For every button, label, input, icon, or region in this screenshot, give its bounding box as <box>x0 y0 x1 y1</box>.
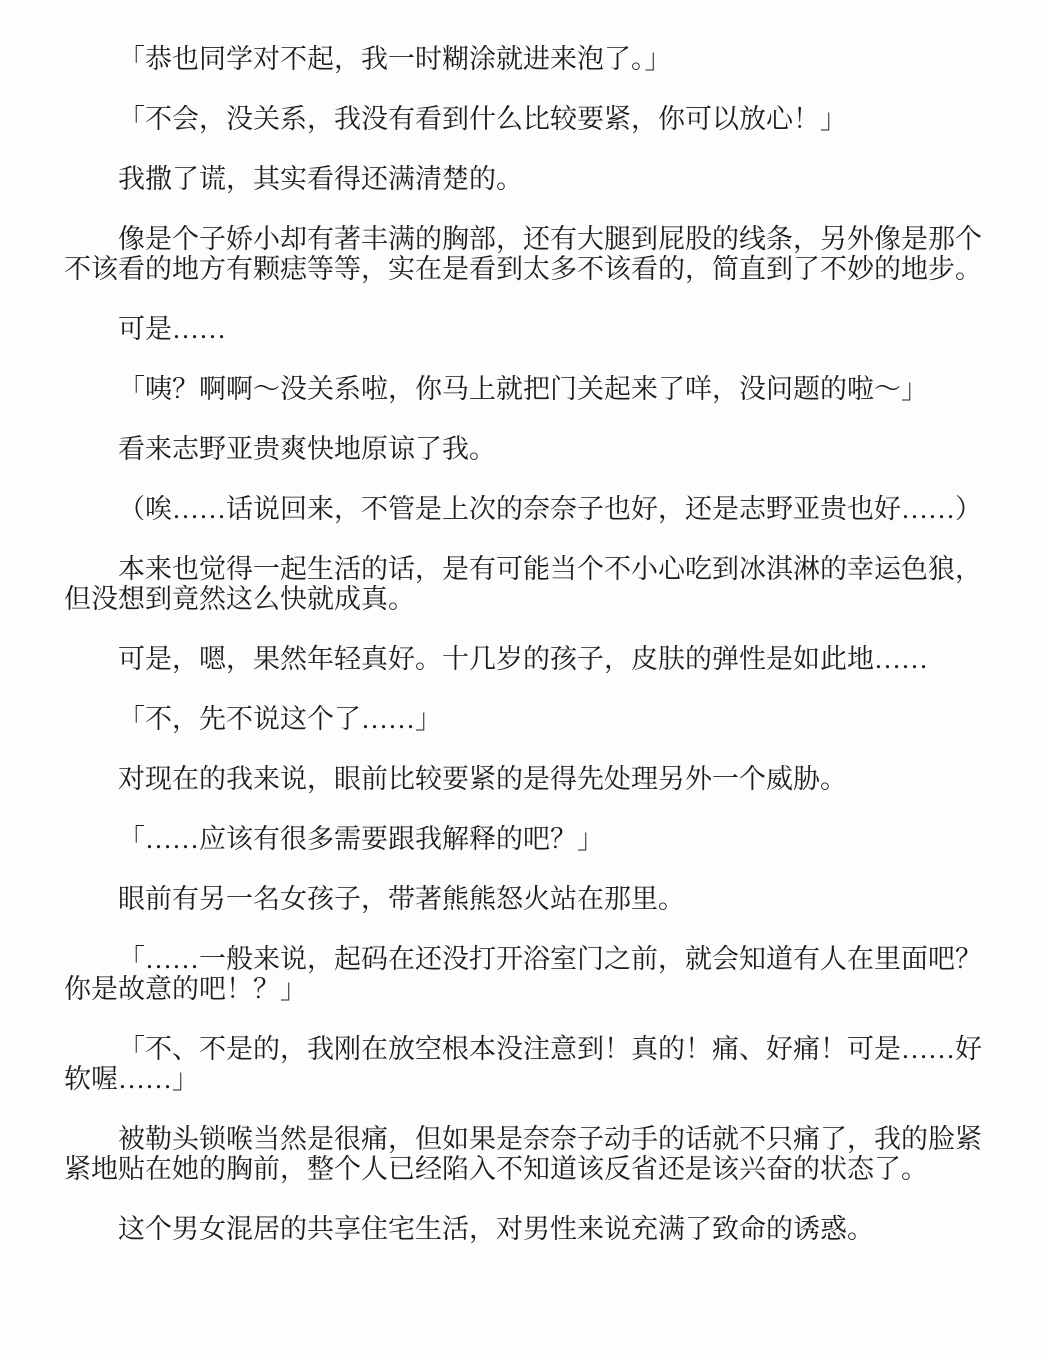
paragraph-dialogue: 「……应该有很多需要跟我解释的吧？」 <box>64 824 986 854</box>
novel-page: 「恭也同学对不起，我一时糊涂就进来泡了。」 「不会，没关系，我没有看到什么比较要… <box>0 0 1046 1354</box>
paragraph-dialogue: 「不，先不说这个了……」 <box>64 704 986 734</box>
paragraph-dialogue: 「咦？啊啊～没关系啦，你马上就把门关起来了咩，没问题的啦～」 <box>64 374 986 404</box>
text-column: 「恭也同学对不起，我一时糊涂就进来泡了。」 「不会，没关系，我没有看到什么比较要… <box>64 44 986 1244</box>
paragraph-narration: 被勒头锁喉当然是很痛，但如果是奈奈子动手的话就不只痛了，我的脸紧紧地贴在她的胸前… <box>64 1124 986 1184</box>
paragraph-dialogue: 「恭也同学对不起，我一时糊涂就进来泡了。」 <box>64 44 986 74</box>
paragraph-dialogue: 「不、不是的，我刚在放空根本没注意到！真的！痛、好痛！可是……好软喔……」 <box>64 1034 986 1094</box>
paragraph-narration: 这个男女混居的共享住宅生活，对男性来说充满了致命的诱惑。 <box>64 1214 986 1244</box>
paragraph-narration: 我撒了谎，其实看得还满清楚的。 <box>64 164 986 194</box>
paragraph-narration: 可是…… <box>64 314 986 344</box>
paragraph-narration: 可是，嗯，果然年轻真好。十几岁的孩子，皮肤的弹性是如此地…… <box>64 644 986 674</box>
paragraph-narration: 看来志野亚贵爽快地原谅了我。 <box>64 434 986 464</box>
paragraph-narration: 像是个子娇小却有著丰满的胸部，还有大腿到屁股的线条，另外像是那个不该看的地方有颗… <box>64 224 986 284</box>
paragraph-narration: 本来也觉得一起生活的话，是有可能当个不小心吃到冰淇淋的幸运色狼，但没想到竟然这么… <box>64 554 986 614</box>
paragraph-narration: 眼前有另一名女孩子，带著熊熊怒火站在那里。 <box>64 884 986 914</box>
paragraph-dialogue: 「……一般来说，起码在还没打开浴室门之前，就会知道有人在里面吧？你是故意的吧！？… <box>64 944 986 1004</box>
paragraph-narration: 对现在的我来说，眼前比较要紧的是得先处理另外一个威胁。 <box>64 764 986 794</box>
paragraph-inner-thought: （唉……话说回来，不管是上次的奈奈子也好，还是志野亚贵也好……） <box>64 494 986 524</box>
paragraph-dialogue: 「不会，没关系，我没有看到什么比较要紧，你可以放心！」 <box>64 104 986 134</box>
